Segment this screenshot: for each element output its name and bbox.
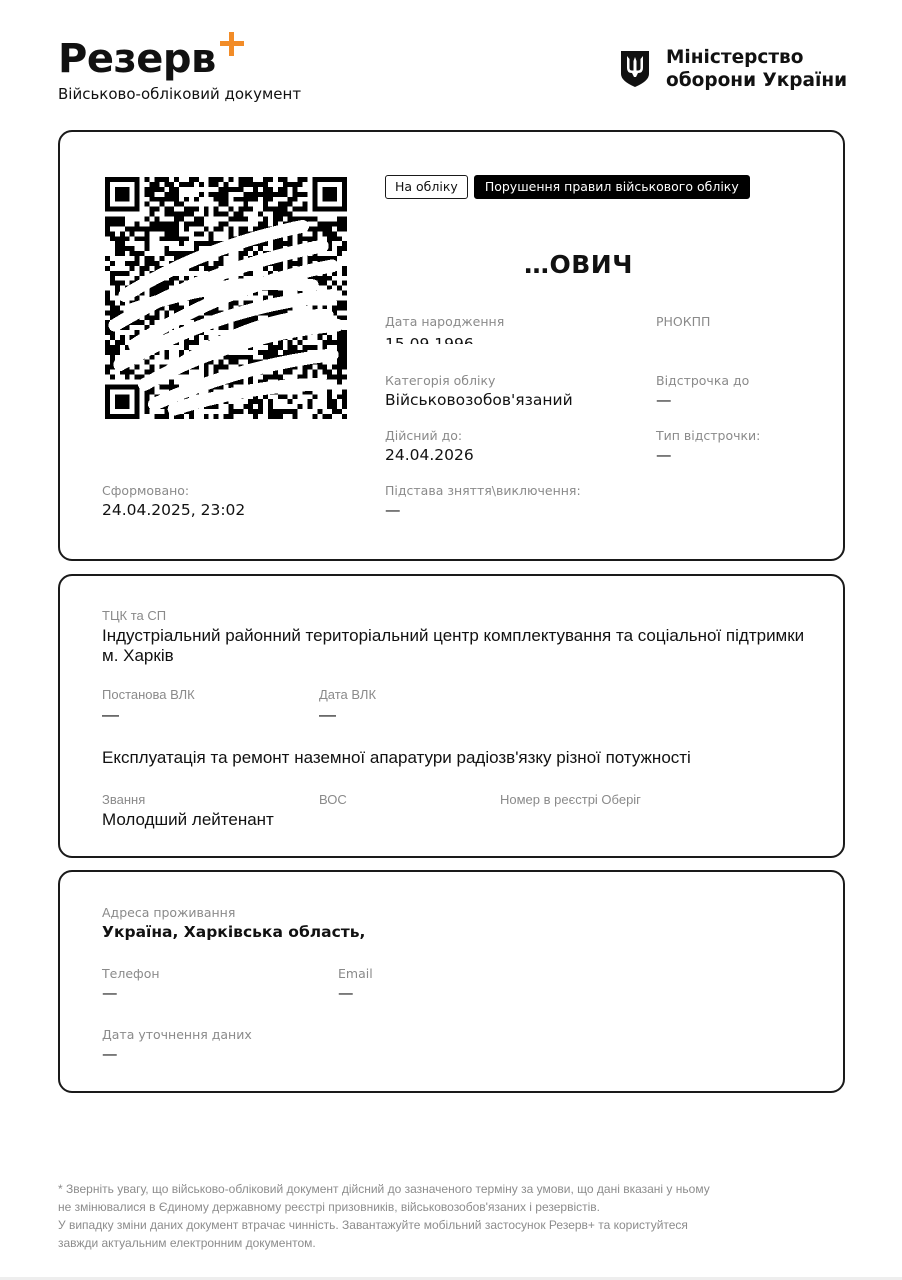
brand-logo: Резерв Військово-обліковий документ [58,36,301,104]
ministry-name: Міністерство оборони України [666,46,847,92]
rank-value: Молодший лейтенант [102,810,274,830]
update-date-field: Дата уточнення даних — [102,1026,252,1065]
plus-icon [220,32,244,56]
vlk-date-field: Дата ВЛК — [319,686,376,725]
specialty-value: Експлуатація та ремонт наземної апаратур… [102,748,822,768]
generated-field: Сформовано: 24.04.2025, 23:02 [102,482,245,521]
category-label: Категорія обліку [385,372,573,389]
deferment-until-label: Відстрочка до [656,372,749,389]
person-name: …ОВИЧ [524,250,633,280]
ministry-name-line2: оборони України [666,69,847,92]
vos-field: ВОС [319,791,347,810]
valid-until-value: 24.04.2026 [385,445,474,466]
removal-basis-value: — [385,500,581,521]
address-label: Адреса проживання [102,904,365,921]
generated-label: Сформовано: [102,482,245,499]
valid-until-field: Дійсний до: 24.04.2026 [385,427,474,466]
phone-field: Телефон — [102,965,160,1004]
vlk-decision-label: Постанова ВЛК [102,686,195,703]
rank-field: Звання Молодший лейтенант [102,791,274,830]
status-badge-violation: Порушення правил військового обліку [474,175,750,199]
status-badge-registered: На обліку [385,175,468,199]
vlk-date-value: — [319,705,376,725]
vlk-date-label: Дата ВЛК [319,686,376,703]
disclaimer-footnote: * Зверніть увагу, що військово-обліковий… [58,1180,848,1252]
tck-field: ТЦК та СП Індустріальний районний терито… [102,607,822,666]
email-field: Email — [338,965,373,1004]
ministry-logo: Міністерство оборони України [620,46,847,92]
vlk-decision-field: Постанова ВЛК — [102,686,195,725]
footnote-line: У випадку зміни даних документ втрачає ч… [58,1216,848,1234]
birth-date-value: 15.09.1996 [385,334,504,344]
phone-value: — [102,983,160,1004]
footnote-line: завжди актуальним електронним документом… [58,1234,848,1252]
rnokpp-field: РНОКПП [656,313,710,331]
oberig-number-field: Номер в реєстрі Оберіг [500,791,641,810]
trident-shield-icon [620,50,650,88]
contact-card: Адреса проживання Україна, Харківська об… [58,870,845,1093]
removal-basis-field: Підстава зняття\виключення: — [385,482,581,521]
vlk-decision-value: — [102,705,195,725]
birth-date-field: Дата народження 15.09.1996 [385,313,504,344]
category-field: Категорія обліку Військовозобов'язаний [385,372,573,411]
deferment-until-value: — [656,390,749,411]
email-label: Email [338,965,373,982]
deferment-until-field: Відстрочка до — [656,372,749,411]
update-date-label: Дата уточнення даних [102,1026,252,1043]
document-type: Військово-обліковий документ [58,84,301,104]
qr-code-icon[interactable] [105,177,347,419]
status-badges: На обліку Порушення правил військового о… [385,175,750,199]
tck-label: ТЦК та СП [102,607,822,624]
generated-value: 24.04.2025, 23:02 [102,500,245,521]
rnokpp-label: РНОКПП [656,313,710,330]
vos-label: ВОС [319,791,347,808]
service-card: ТЦК та СП Індустріальний районний терито… [58,574,845,858]
category-value: Військовозобов'язаний [385,390,573,411]
brand-title: Резерв [58,36,216,82]
address-value: Україна, Харківська область, [102,922,365,943]
footnote-line: не змінювалися в Єдиному державному реєс… [58,1198,848,1216]
phone-label: Телефон [102,965,160,982]
rank-label: Звання [102,791,274,808]
deferment-type-label: Тип відстрочки: [656,427,760,444]
email-value: — [338,983,373,1004]
valid-until-label: Дійсний до: [385,427,474,444]
ministry-name-line1: Міністерство [666,46,847,69]
tck-value: Індустріальний районний територіальний ц… [102,626,822,666]
removal-basis-label: Підстава зняття\виключення: [385,482,581,499]
deferment-type-field: Тип відстрочки: — [656,427,760,466]
address-field: Адреса проживання Україна, Харківська об… [102,904,365,943]
update-date-value: — [102,1044,252,1065]
oberig-number-label: Номер в реєстрі Оберіг [500,791,641,808]
brand-title-text: Резерв [58,36,216,82]
birth-date-label: Дата народження [385,313,504,330]
footnote-line: * Зверніть увагу, що військово-обліковий… [58,1180,848,1198]
deferment-type-value: — [656,445,760,466]
identity-card: На обліку Порушення правил військового о… [58,130,845,561]
